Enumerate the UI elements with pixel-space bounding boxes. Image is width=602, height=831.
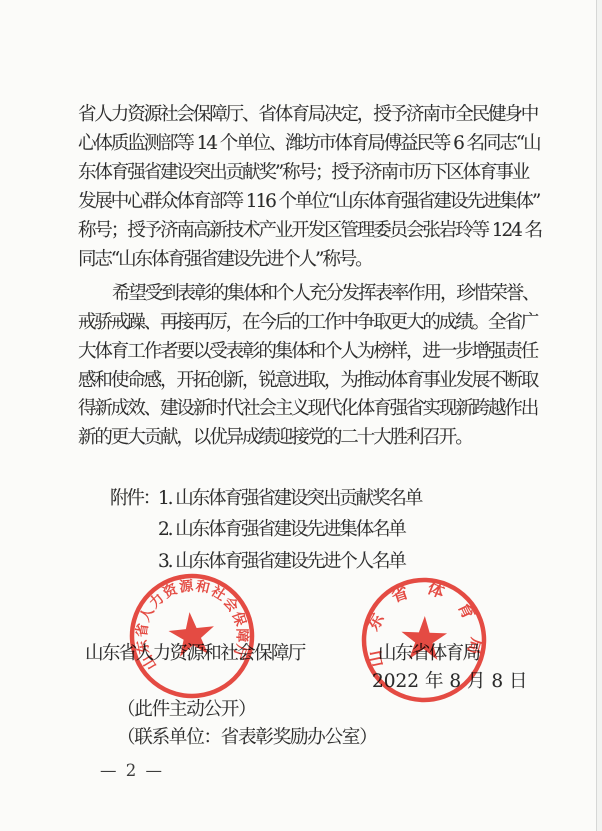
body-line: 心体质监测部等 14 个单位、潍坊市体育局傅益民等 6 名同志“山 xyxy=(78,133,540,155)
body-line: 发展中心群众体育部等 116 个单位“山东体育强省建设先进集体” xyxy=(78,191,539,213)
scan-edge-margin xyxy=(597,0,602,831)
attachment-item: 1. 山东体育强省建设突出贡献奖名单 xyxy=(158,488,421,510)
attachment-label: 附件： xyxy=(110,488,159,510)
official-seal-right: 山东省体育局 xyxy=(352,568,497,713)
body-line: 同志“山东体育强省建设先进个人”称号。 xyxy=(78,249,372,271)
page-number: — 2 — xyxy=(100,761,164,780)
attachment-item: 2. 山东体育强省建设先进集体名单 xyxy=(158,519,405,541)
body-line: 新的更大贡献，以优异成绩迎接党的二十大胜利召开。 xyxy=(78,427,472,449)
red-star-icon xyxy=(401,615,448,660)
scan-edge-line xyxy=(596,0,597,831)
body-line: 大体育工作者要以受表彰的集体和个人为榜样，进一步增强责任 xyxy=(78,341,537,363)
document-page: 省人力资源社会保障厅、省体育局决定，授予济南市全民健身中 心体质监测部等 14 … xyxy=(0,0,602,831)
official-seal-left: 山东省人力资源和社会保障厅 xyxy=(115,559,269,713)
body-line: 戒骄戒躁、再接再厉，在今后的工作中争取更大的成绩。全省广 xyxy=(78,312,537,334)
body-line: 省人力资源社会保障厅、省体育局决定，授予济南市全民健身中 xyxy=(78,104,537,126)
red-star-icon xyxy=(167,610,217,658)
body-line: 称号；授予济南高新技术产业开发区管理委员会张岩玲等 124 名 xyxy=(78,220,541,242)
body-line: 东体育强省建设突出贡献奖”称号；授予济南市历下区体育事业 xyxy=(78,162,528,184)
contact-note: （联系单位：省表彰奖励办公室） xyxy=(117,727,377,749)
body-line: 感和使命感，开拓创新，锐意进取，为推动体育事业发展不断取 xyxy=(78,370,537,392)
body-line: 得新成效、建设新时代社会主义现代化体育强省实现新跨越作出 xyxy=(78,398,537,420)
body-line: 希望受到表彰的集体和个人充分发挥表率作用，珍惜荣誉、 xyxy=(112,283,538,305)
